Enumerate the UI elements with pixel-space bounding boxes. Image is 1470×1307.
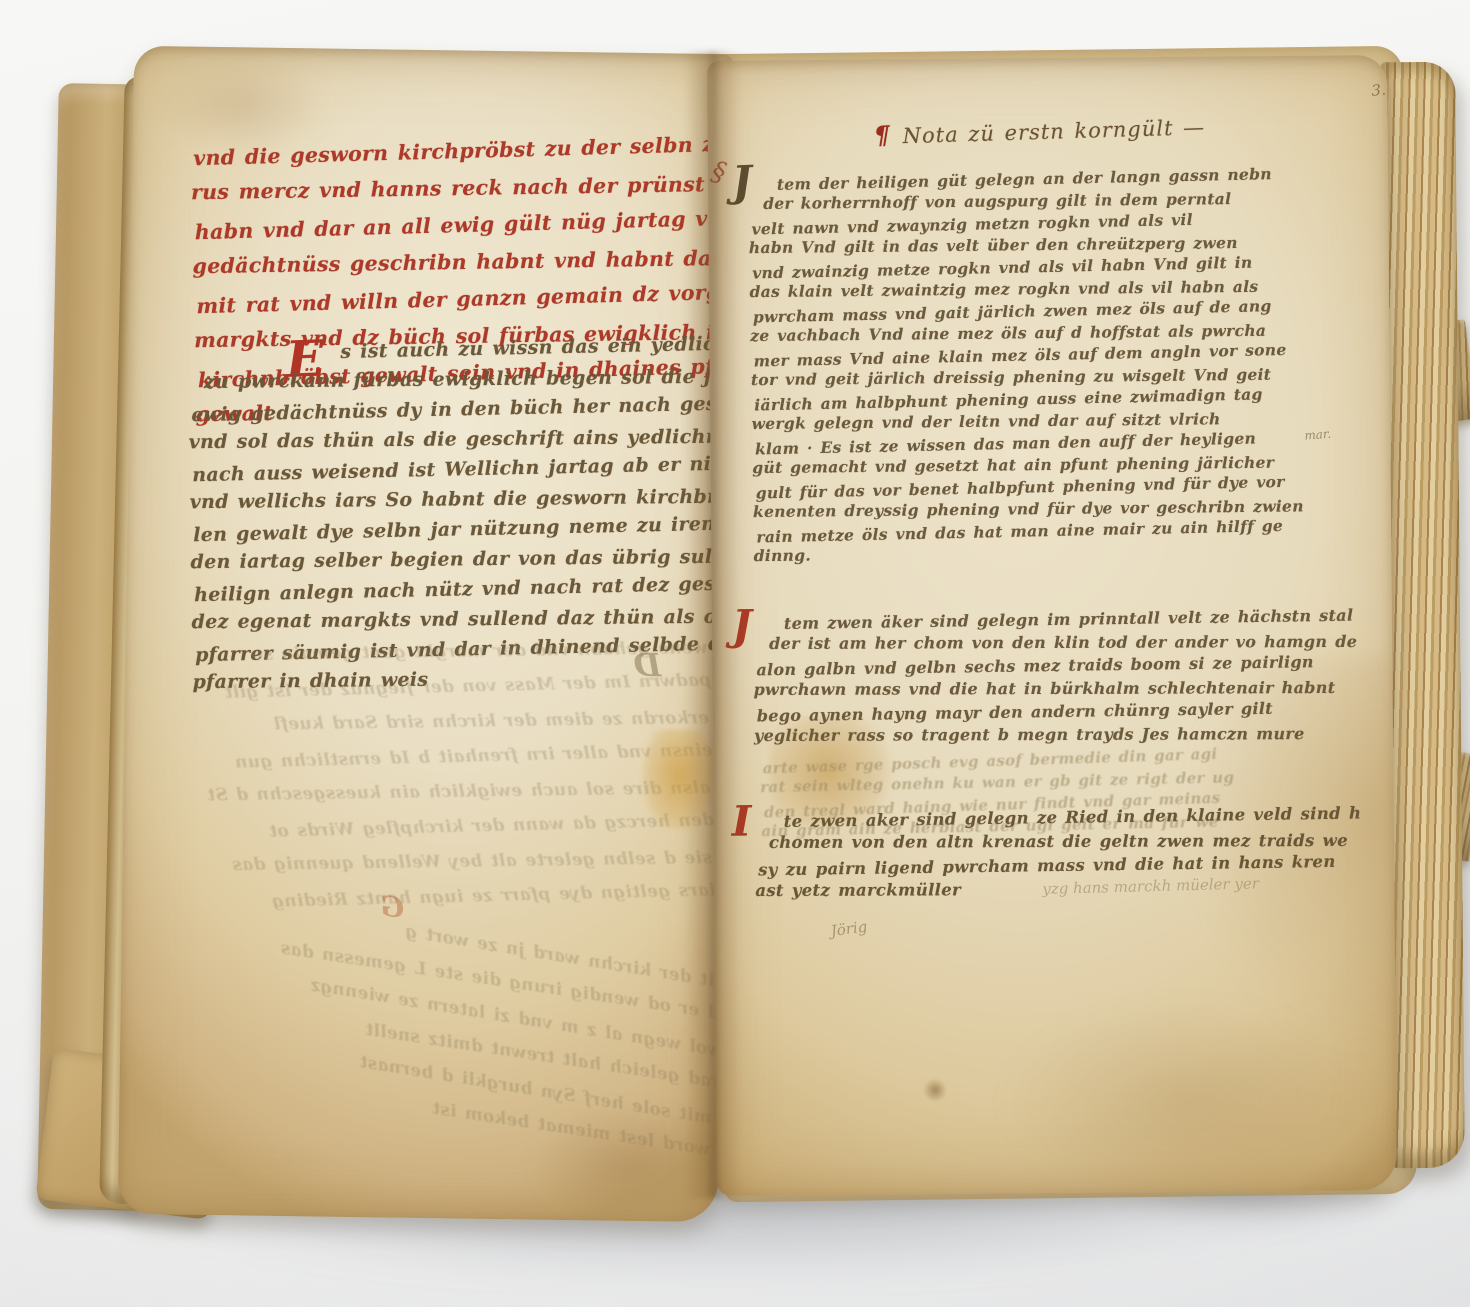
left-page: vnd die gesworn kirchpröbst zu der selbn… xyxy=(118,46,734,1222)
show-through-red-initial: G xyxy=(379,892,406,923)
faded-scribble: Jörig xyxy=(830,917,869,940)
show-through-text-lower: mit der kirchn ward jn ze wort gad er od… xyxy=(212,890,734,1168)
section-heading: ¶Nota zü erstn korngült — xyxy=(873,111,1205,150)
photo-background: vnd die gesworn kirchpröbst zu der selbn… xyxy=(0,0,1470,1307)
initial-paragraph-2: J xyxy=(732,605,752,647)
stain xyxy=(995,995,1377,1196)
margin-flourish-icon: § xyxy=(709,156,729,189)
stain xyxy=(922,1079,948,1101)
initial-paragraph-3: I xyxy=(732,801,752,843)
paragraph-1: tem der heiligen güt gelegn an der langn… xyxy=(749,163,1351,568)
heading-text: Nota zü erstn korngült — xyxy=(902,115,1205,148)
margin-note: mar. xyxy=(1304,427,1332,443)
right-page: 3. ¶Nota zü erstn korngült — § J tem der… xyxy=(707,55,1397,1196)
paragraph-mark-icon: ¶ xyxy=(873,121,891,150)
page-number: 3. xyxy=(1371,81,1387,100)
paragraph-2: tem zwen äker sind gelegn im prinntall v… xyxy=(754,605,1363,748)
show-through-initial: D xyxy=(633,649,661,681)
